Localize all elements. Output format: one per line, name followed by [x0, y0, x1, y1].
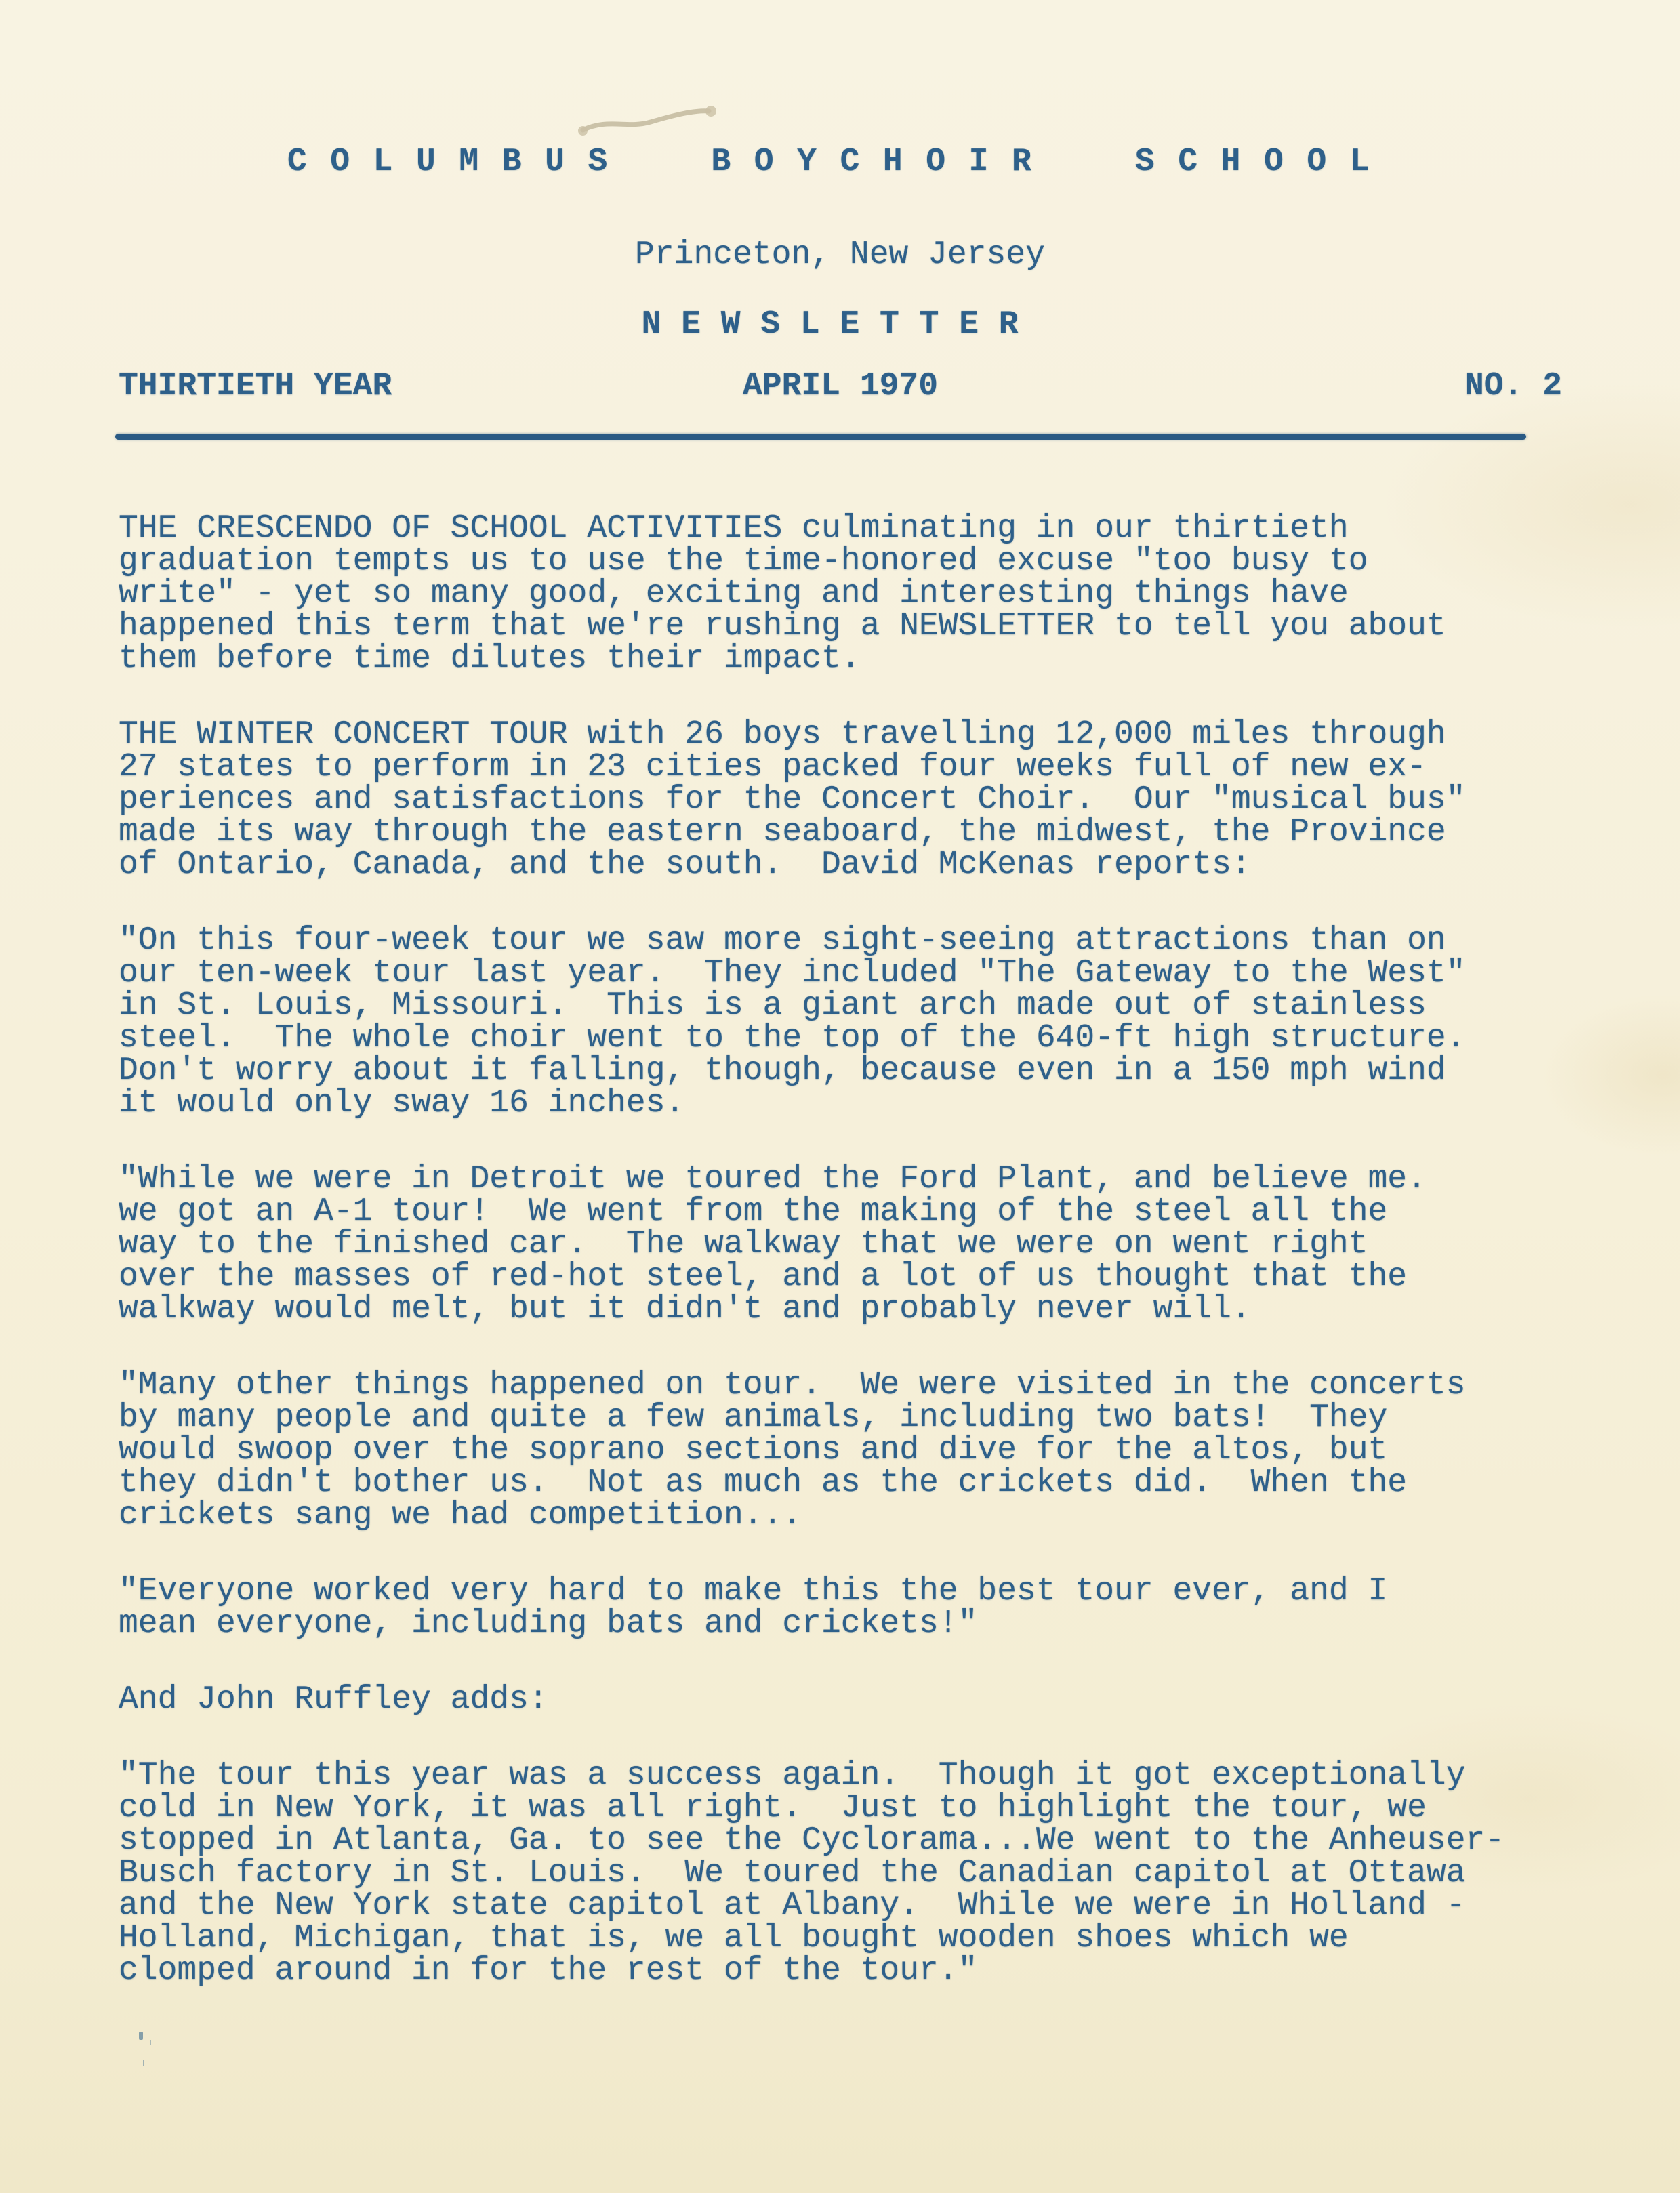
article-body: THE CRESCENDO OF SCHOOL ACTIVITIES culmi… — [119, 512, 1576, 2030]
issue-number: NO. 2 — [938, 368, 1562, 405]
paragraph-ruffley-intro: And John Ruffley adds: — [119, 1683, 1576, 1716]
paragraph-mckenas-bats: "Many other things happened on tour. We … — [119, 1369, 1576, 1532]
paragraph-ruffley-quote: "The tour this year was a success again.… — [119, 1759, 1576, 1987]
paragraph-crescendo: THE CRESCENDO OF SCHOOL ACTIVITIES culmi… — [119, 512, 1576, 675]
school-location: Princeton, New Jersey — [0, 237, 1680, 273]
issue-date: APRIL 1970 — [743, 368, 938, 405]
ink-smudge-mark — [139, 2032, 143, 2040]
paragraph-mckenas-close: "Everyone worked very hard to make this … — [119, 1575, 1576, 1640]
year-label: THIRTIETH YEAR — [119, 368, 743, 405]
paragraph-mckenas-ford: "While we were in Detroit we toured the … — [119, 1163, 1576, 1326]
newsletter-page: COLUMBUS BOYCHOIR SCHOOL Princeton, New … — [0, 0, 1680, 2193]
school-name: COLUMBUS BOYCHOIR SCHOOL — [0, 144, 1680, 180]
issue-info-row: THIRTIETH YEAR APRIL 1970 NO. 2 — [119, 368, 1562, 405]
newsletter-title: NEWSLETTER — [0, 306, 1680, 343]
paragraph-winter-tour: THE WINTER CONCERT TOUR with 26 boys tra… — [119, 718, 1576, 881]
pencil-smudge-mark — [575, 100, 724, 142]
paragraph-mckenas-arch: "On this four-week tour we saw more sigh… — [119, 924, 1576, 1120]
divider-rule — [115, 434, 1526, 440]
